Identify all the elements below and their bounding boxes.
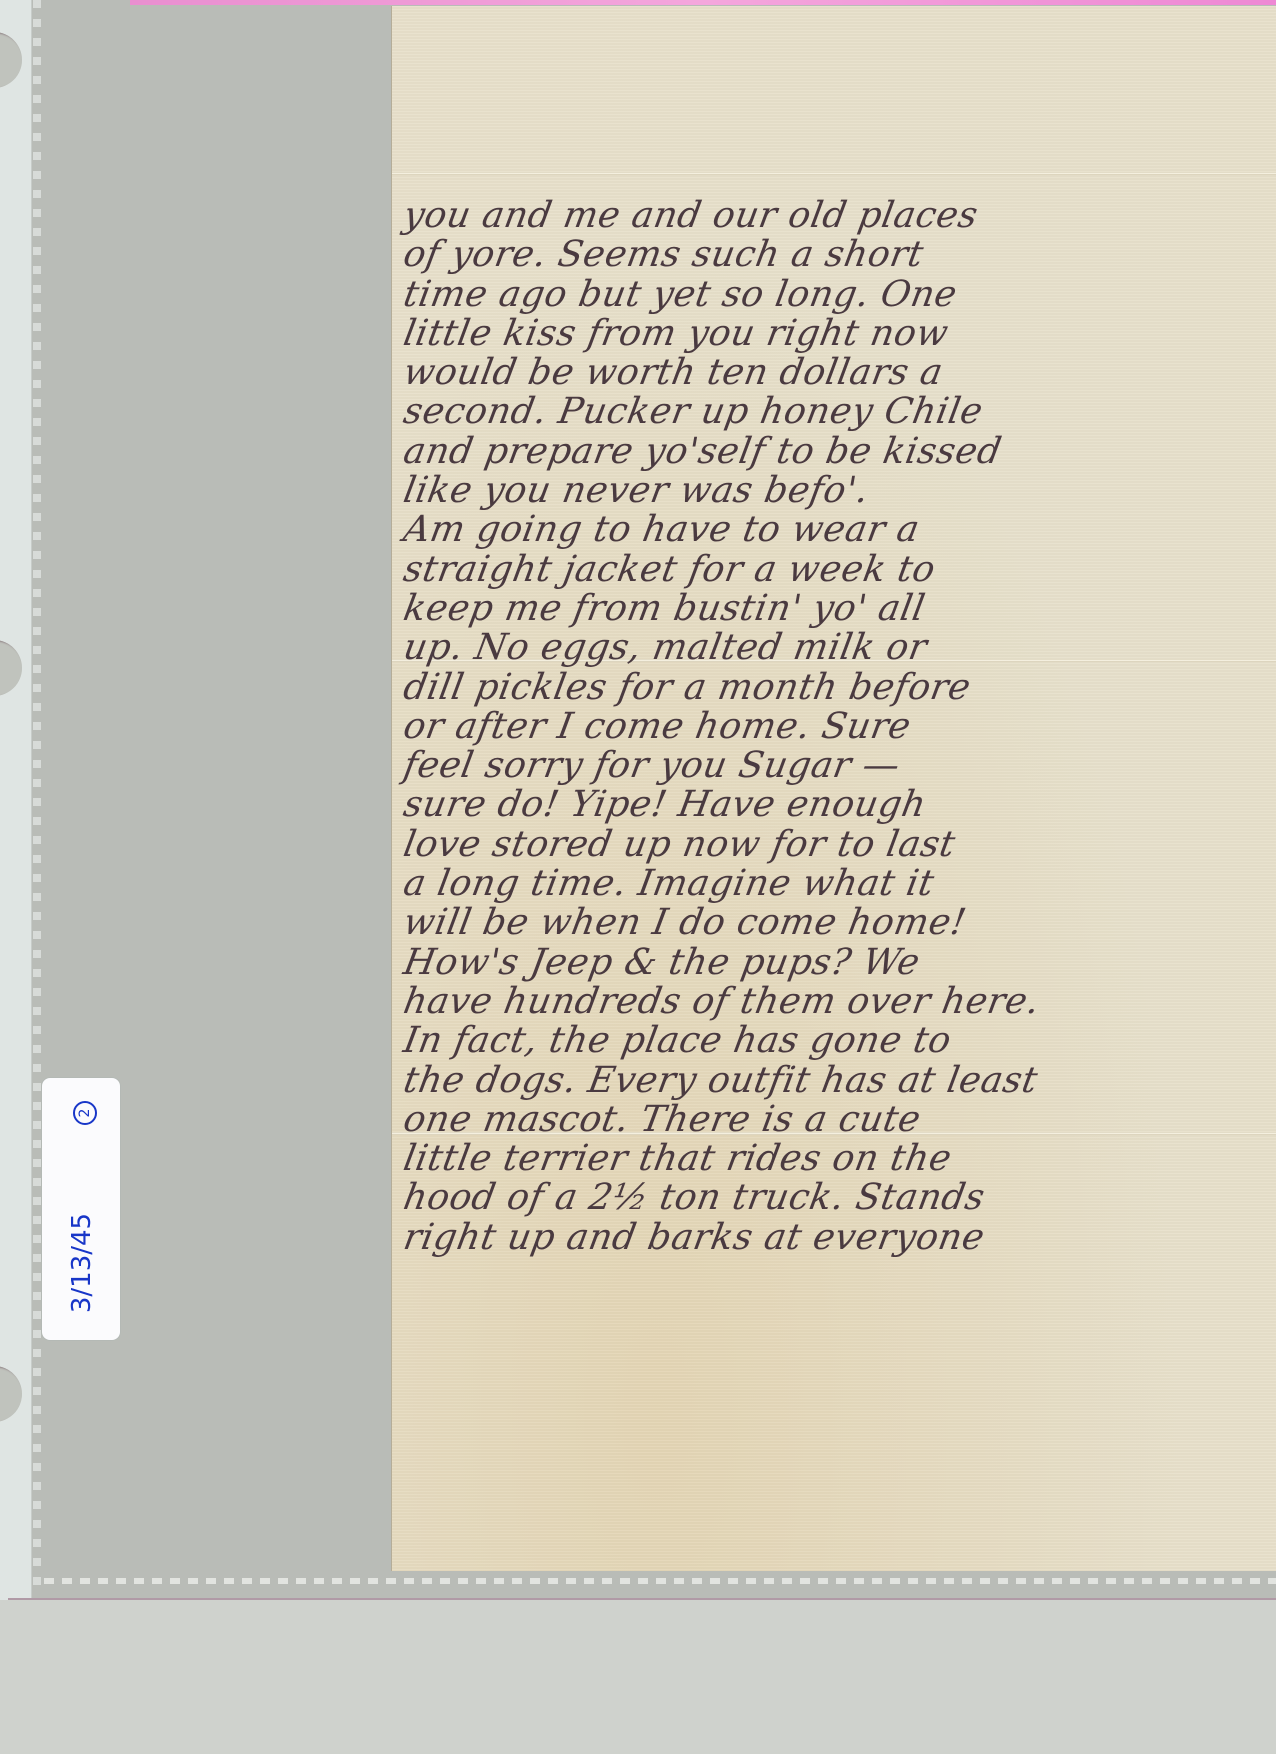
letter-line: and prepare yo'self to be kissed	[401, 432, 1268, 471]
letter-line: little kiss from you right now	[401, 314, 1268, 353]
letter-line: dill pickles for a month before	[401, 668, 1268, 707]
letter-line: will be when I do come home!	[401, 903, 1268, 942]
sleeve-perforation-vertical	[33, 0, 41, 1590]
letter-line: second. Pucker up honey Chile	[401, 392, 1268, 431]
letter-text: you and me and our old places of yore. S…	[404, 196, 1264, 1257]
letter-line: a long time. Imagine what it	[401, 864, 1268, 903]
letter-page: you and me and our old places of yore. S…	[392, 6, 1276, 1571]
letter-line: would be worth ten dollars a	[401, 353, 1268, 392]
letter-line: Am going to have to wear a	[401, 510, 1268, 549]
letter-line: the dogs. Every outfit has at least	[401, 1061, 1268, 1100]
scan-edge-highlight	[130, 0, 1276, 5]
letter-line: sure do! Yipe! Have enough	[401, 785, 1268, 824]
punch-hole-bottom	[0, 1366, 22, 1422]
letter-line: like you never was befo'.	[401, 471, 1268, 510]
punch-hole-middle	[0, 640, 22, 696]
letter-line: hood of a 2½ ton truck. Stands	[401, 1178, 1268, 1217]
letter-line: right up and barks at everyone	[401, 1218, 1268, 1257]
archive-label: 2 3/13/45	[42, 1078, 120, 1340]
letter-line: one mascot. There is a cute	[401, 1100, 1268, 1139]
letter-line: How's Jeep & the pups? We	[401, 943, 1268, 982]
letter-line: feel sorry for you Sugar —	[401, 746, 1268, 785]
letter-line: up. No eggs, malted milk or	[401, 628, 1268, 667]
sleeve-edge	[8, 1598, 1276, 1600]
letter-line: or after I come home. Sure	[401, 707, 1268, 746]
sleeve-perforation-horizontal	[44, 1578, 1276, 1584]
letter-line: love stored up now for to last	[401, 825, 1268, 864]
letter-line: In fact, the place has gone to	[401, 1021, 1268, 1060]
letter-line: time ago but yet so long. One	[401, 275, 1268, 314]
binder-strip	[0, 0, 32, 1600]
letter-line: of yore. Seems such a short	[401, 235, 1268, 274]
letter-line: keep me from bustin' yo' all	[401, 589, 1268, 628]
letter-line: straight jacket for a week to	[401, 550, 1268, 589]
letter-line: you and me and our old places	[401, 196, 1268, 235]
fold-crease-top	[392, 172, 1276, 175]
date-label: 3/13/45	[67, 1203, 97, 1323]
punch-hole-top	[0, 32, 22, 88]
letter-line: have hundreds of them over here.	[401, 982, 1268, 1021]
letter-line: little terrier that rides on the	[401, 1139, 1268, 1178]
page-number-label: 2	[67, 1093, 97, 1133]
